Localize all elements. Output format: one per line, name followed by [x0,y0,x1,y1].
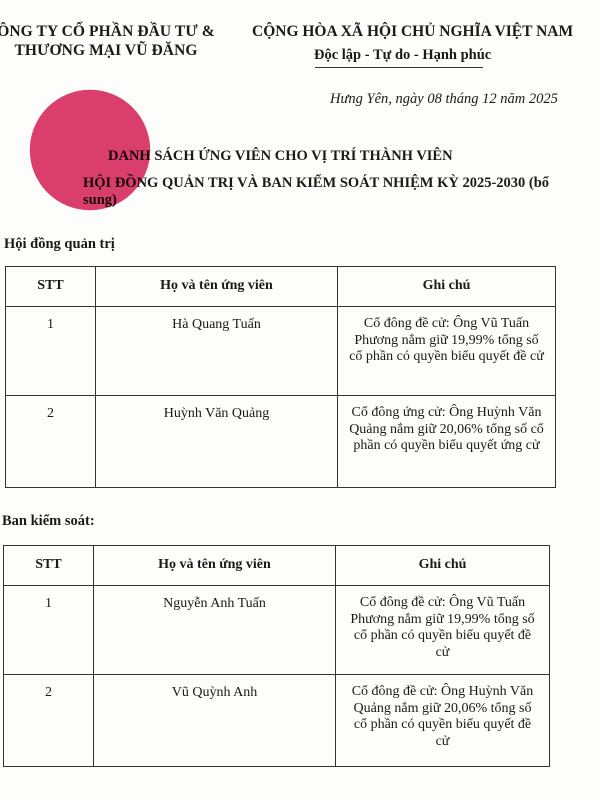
cell-note: Cổ đông đề cử: Ông Huỳnh Văn Quảng nắm g… [336,675,550,767]
column-header-name: Họ và tên ứng viên [96,267,338,307]
column-header-stt: STT [6,267,96,307]
cell-stt: 2 [4,675,94,767]
cell-note: Cổ đông đề cử: Ông Vũ Tuấn Phương nắm gi… [338,307,556,396]
company-name: ÔNG TY CỔ PHẦN ĐẦU TƯ & THƯƠNG MẠI VŨ ĐĂ… [0,22,226,60]
column-header-name: Họ và tên ứng viên [94,546,336,586]
section-label-board: Hội đồng quản trị [4,236,115,253]
cell-name: Nguyễn Anh Tuấn [94,586,336,675]
company-name-line-1: ÔNG TY CỔ PHẦN ĐẦU TƯ & [0,22,226,41]
national-title: CỘNG HÒA XÃ HỘI CHỦ NGHĨA VIỆT NAM [252,22,600,41]
table-row: 1 Nguyễn Anh Tuấn Cổ đông đề cử: Ông Vũ … [4,586,550,675]
cell-name: Huỳnh Văn Quảng [96,396,338,488]
cell-note: Cổ đông đề cử: Ông Vũ Tuấn Phương nắm gi… [336,586,550,675]
column-header-stt: STT [4,546,94,586]
stamp-center-line: CỔ PHẦN [71,130,109,142]
cell-stt: 1 [6,307,96,396]
stamp-center-line: & THƯƠNG MẠI [58,156,123,167]
section-label-supervisory: Ban kiểm soát: [2,513,95,530]
table-header-row: STT Họ và tên ứng viên Ghi chú [6,267,556,307]
stamp-center-line: ĐẦU TƯ [74,142,107,154]
cell-stt: 2 [6,396,96,488]
document-title-line-2: HỘI ĐỒNG QUẢN TRỊ VÀ BAN KIỂM SOÁT NHIỆM… [83,175,563,209]
company-name-line-2: THƯƠNG MẠI VŨ ĐĂNG [0,41,226,60]
company-seal-stamp: M.S.D.N: 0600986828 - C.T.C.P HẢI HƯNG -… [28,88,152,212]
cell-name: Hà Quang Tuấn [96,307,338,396]
national-motto: Độc lập - Tự do - Hạnh phúc [314,46,491,64]
table-header-row: STT Họ và tên ứng viên Ghi chú [4,546,550,586]
motto-underline [315,67,483,68]
stamp-center-line: VŨ ĐĂNG [69,167,112,178]
board-candidates-table: STT Họ và tên ứng viên Ghi chú 1 Hà Quan… [5,266,556,488]
supervisory-candidates-table: STT Họ và tên ứng viên Ghi chú 1 Nguyễn … [3,545,550,767]
place-date: Hưng Yên, ngày 08 tháng 12 năm 2025 [330,91,558,108]
cell-note: Cổ đông ứng cử: Ông Huỳnh Văn Quảng nắm … [338,396,556,488]
table-row: 2 Huỳnh Văn Quảng Cổ đông ứng cử: Ông Hu… [6,396,556,488]
column-header-note: Ghi chú [338,267,556,307]
cell-name: Vũ Quỳnh Anh [94,675,336,767]
table-row: 1 Hà Quang Tuấn Cổ đông đề cử: Ông Vũ Tu… [6,307,556,396]
column-header-note: Ghi chú [336,546,550,586]
table-row: 2 Vũ Quỳnh Anh Cổ đông đề cử: Ông Huỳnh … [4,675,550,767]
cell-stt: 1 [4,586,94,675]
stamp-star-icon: ★ [44,160,53,171]
document-title-line-1: DANH SÁCH ỨNG VIÊN CHO VỊ TRÍ THÀNH VIÊN [108,148,468,165]
stamp-center-line: CÔNG TY [71,119,109,130]
